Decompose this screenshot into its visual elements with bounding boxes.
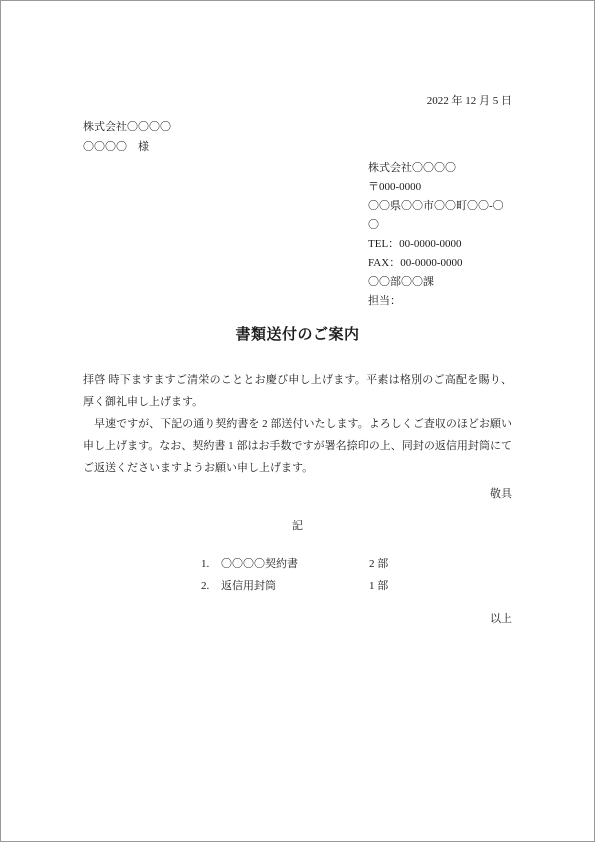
record-marker-ki: 記 bbox=[83, 515, 512, 537]
letter-page: 2022 年 12 月 5 日 株式会社〇〇〇〇 〇〇〇〇 様 株式会社〇〇〇〇… bbox=[0, 0, 595, 842]
list-item: 1. 〇〇〇〇契約書 2 部 bbox=[201, 553, 512, 575]
sender-block: 株式会社〇〇〇〇 〒000-0000 〇〇県〇〇市〇〇町〇〇-〇〇 TEL：00… bbox=[368, 159, 512, 311]
sender-postal-code: 〒000-0000 bbox=[368, 178, 512, 197]
item-quantity: 2 部 bbox=[369, 553, 388, 575]
sender-address: 〇〇県〇〇市〇〇町〇〇-〇〇 bbox=[368, 197, 512, 235]
document-title: 書類送付のご案内 bbox=[83, 323, 512, 347]
recipient-company: 株式会社〇〇〇〇 bbox=[83, 117, 512, 137]
item-number: 2. bbox=[201, 575, 221, 597]
letter-date: 2022 年 12 月 5 日 bbox=[83, 91, 512, 111]
body-paragraph-main: 早速ですが、下記の通り契約書を 2 部送付いたします。よろしくご査収のほどお願い… bbox=[83, 413, 512, 479]
sender-company: 株式会社〇〇〇〇 bbox=[368, 159, 512, 178]
closing-keigu: 敬具 bbox=[83, 483, 512, 505]
sender-tel: TEL：00-0000-0000 bbox=[368, 235, 512, 254]
letter-content: 2022 年 12 月 5 日 株式会社〇〇〇〇 〇〇〇〇 様 株式会社〇〇〇〇… bbox=[1, 91, 594, 630]
sender-department: 〇〇部〇〇課 bbox=[368, 273, 512, 292]
sender-contact-person: 担当： bbox=[368, 292, 512, 311]
item-number: 1. bbox=[201, 553, 221, 575]
end-marker-ijou: 以上 bbox=[83, 608, 512, 630]
sender-fax: FAX：00-0000-0000 bbox=[368, 254, 512, 273]
recipient-name: 〇〇〇〇 様 bbox=[83, 137, 512, 157]
item-label: 返信用封筒 bbox=[221, 575, 369, 597]
enclosed-items-list: 1. 〇〇〇〇契約書 2 部 2. 返信用封筒 1 部 bbox=[201, 553, 512, 597]
item-label: 〇〇〇〇契約書 bbox=[221, 553, 369, 575]
body-paragraph-greeting: 拝啓 時下ますますご清栄のこととお慶び申し上げます。平素は格別のご高配を賜り、厚… bbox=[83, 369, 512, 413]
item-quantity: 1 部 bbox=[369, 575, 388, 597]
list-item: 2. 返信用封筒 1 部 bbox=[201, 575, 512, 597]
recipient-block: 株式会社〇〇〇〇 〇〇〇〇 様 bbox=[83, 117, 512, 157]
